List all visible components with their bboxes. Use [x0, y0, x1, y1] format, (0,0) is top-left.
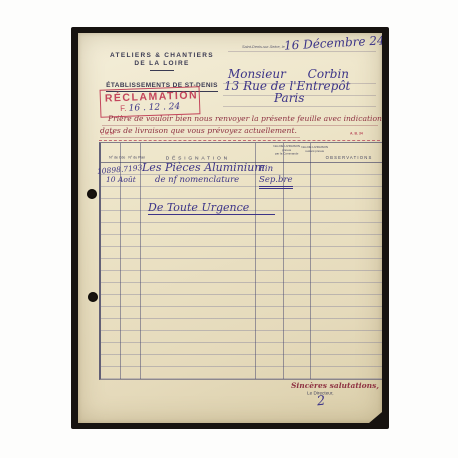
entry-designation-line2: de nf nomenclature — [155, 175, 239, 185]
entry-order-date: 10 Août — [106, 175, 136, 184]
form-mark-right: A. B. 34 — [350, 132, 363, 136]
date-rule — [228, 51, 376, 52]
letterhead-divider — [150, 70, 174, 71]
reclamation-stamp: RÉCLAMATION F. 16 . 12 . 24 — [100, 86, 201, 117]
signature-mark: 2 — [316, 394, 326, 410]
stamp-ref-date: 16 . 12 . 24 — [129, 102, 181, 114]
entry-delivery-line1: Fin — [259, 164, 273, 174]
place-date-label: Saint-Denis-sur-Seine, le — [242, 45, 285, 49]
table-ruled-rows — [101, 163, 382, 379]
letterhead: ATELIERS & CHANTIERS DE LA LOIRE ÉTABLIS… — [102, 52, 222, 92]
stamp-ref-label: F. — [120, 104, 127, 113]
header-order-no: N° de Cde — [101, 148, 120, 166]
closing-salutation: Sincères salutations, — [291, 381, 379, 390]
entry-delivery-line2: Sep.bre — [259, 175, 293, 189]
recipient-city: Paris — [274, 91, 304, 105]
notice-rule-2 — [100, 137, 300, 138]
entry-urgency-note: De Toute Urgence — [148, 201, 275, 215]
company-name-line2: DE LA LOIRE — [102, 60, 222, 68]
column-line-5 — [310, 143, 311, 379]
hole-punch-bottom — [88, 292, 98, 302]
address-rule-3 — [223, 106, 376, 107]
notice-line2: dates de livraison que vous prévoyez act… — [100, 126, 297, 135]
delivery-table: N° de Cde N° du Plan DÉSIGNATION Nos DE … — [99, 142, 383, 380]
hole-punch-top — [87, 189, 97, 199]
header-observations: OBSERVATIONS — [310, 148, 382, 166]
company-name-line1: ATELIERS & CHANTIERS — [102, 52, 222, 60]
photo-frame: ATELIERS & CHANTIERS DE LA LOIRE ÉTABLIS… — [71, 27, 389, 429]
letter-sheet: ATELIERS & CHANTIERS DE LA LOIRE ÉTABLIS… — [78, 33, 382, 423]
form-mark-left: L. M. 34 — [101, 132, 114, 136]
column-line-2 — [140, 143, 141, 379]
notice-line1: Prière de vouloir bien nous renvoyer la … — [108, 114, 398, 123]
column-line-3 — [255, 143, 256, 379]
handwritten-date: 16 Décembre 24 — [284, 33, 385, 52]
perforation-line — [99, 140, 380, 141]
header-delivery-remaining: Nos DE LIVRAISON restant prévus — [283, 146, 310, 165]
